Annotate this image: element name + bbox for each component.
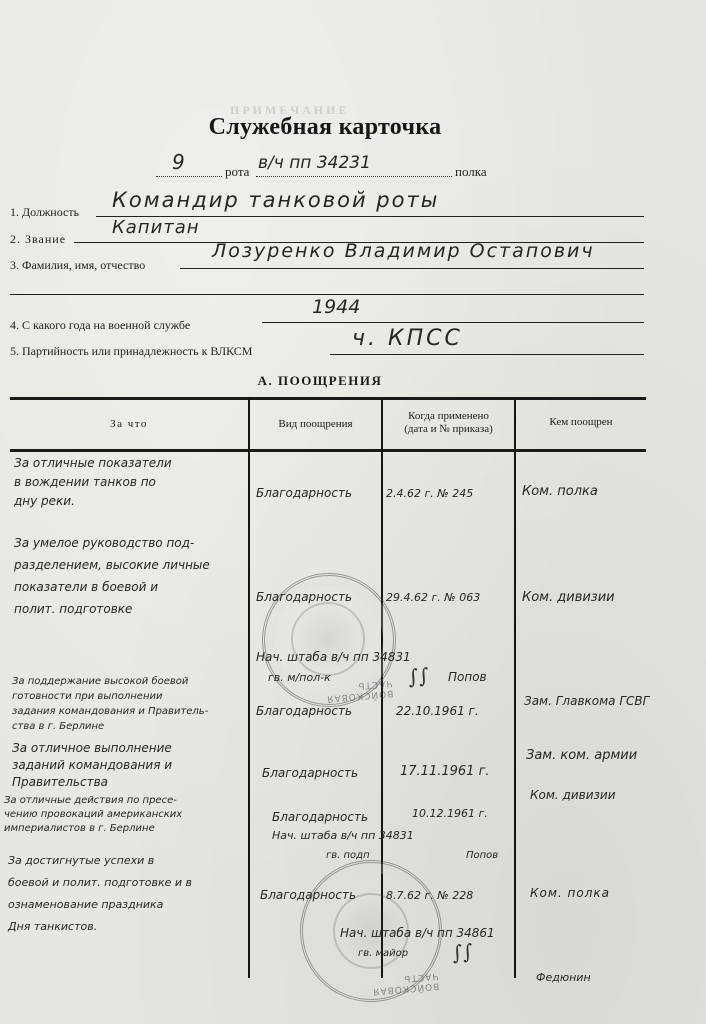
row-when: 17.11.1961 г. [400, 762, 490, 781]
row-reason: За отличное выполнение заданий командова… [12, 740, 172, 791]
polk-label: полка [455, 164, 487, 180]
col-divider-3 [514, 398, 516, 978]
row-reason: За поддержание высокой боевой готовности… [12, 674, 208, 734]
header-when: Когда применено (дата и № приказа) [383, 410, 514, 436]
header-type: Вид поощрения [250, 418, 381, 431]
polk-value: в/ч пп 34231 [258, 153, 371, 173]
certification-signer: Федюнин [536, 968, 591, 987]
row-by: Ком. дивизии [522, 588, 615, 607]
row-type: Благодарность [256, 702, 352, 721]
signature: ∫∫ [407, 663, 430, 689]
col-divider-1 [248, 398, 250, 978]
field-line-service-year [262, 322, 644, 323]
row-by: Ком. полка [530, 884, 610, 903]
row-when: 10.12.1961 г. [412, 804, 488, 823]
field-value-service-year: 1944 [312, 296, 360, 318]
section-title-rewards: А. ПООЩРЕНИЯ [0, 373, 640, 389]
document-title: Служебная карточка [0, 114, 650, 141]
table-top-rule [10, 397, 646, 400]
row-reason: За отличные действия по пресе- чению про… [4, 794, 182, 836]
certification-signer: Попов [466, 846, 498, 865]
header-reason: За что [10, 418, 248, 431]
row-when: 29.4.62 г. № 063 [386, 588, 480, 607]
row-when: 2.4.62 г. № 245 [386, 484, 473, 503]
row-when: 8.7.62 г. № 228 [386, 886, 473, 905]
row-by: Ком. полка [522, 482, 598, 501]
field-label-service-year: 4. С какого года на военной службе [10, 318, 190, 333]
row-reason: За умелое руководство под- разделением, … [14, 532, 210, 620]
row-by: Ком. дивизии [530, 786, 616, 805]
header-by: Кем поощрен [516, 416, 646, 429]
field-label-position: 1. Должность [10, 205, 79, 220]
field-value-position: Командир танковой роты [112, 188, 439, 212]
field-line-party [330, 354, 644, 355]
row-by: Зам. Главкома ГСВГ [524, 692, 649, 711]
row-when: 22.10.1961 г. [396, 702, 479, 721]
field-label-party: 5. Партийность или принадлежность к ВЛКС… [10, 344, 252, 359]
field-label-rank: 2. Звание [10, 232, 66, 247]
row-type: Благодарность [256, 484, 352, 503]
row-reason: За отличные показатели в вождении танков… [14, 454, 172, 511]
field-value-fullname: Лозуренко Владимир Остапович [212, 240, 595, 262]
document-page: ПРИМЕЧАНИЕ Служебная карточка 9 рота в/ч… [0, 0, 706, 1024]
certification-rank: гв. подп [326, 846, 370, 865]
certification-rank: гв. м/пол-к [268, 668, 331, 687]
row-type: Благодарность [256, 588, 352, 607]
certification-title: Нач. штаба в/ч пп 34831 [272, 826, 414, 845]
certification-signer: Попов [448, 668, 487, 687]
separator-line [10, 294, 644, 295]
signature: ∫∫ [451, 939, 474, 965]
rota-value: 9 [172, 150, 185, 174]
field-line-fullname [180, 268, 644, 269]
rota-underline [156, 176, 222, 177]
field-value-party: ч. КПСС [352, 326, 463, 351]
certification-rank: гв. майор [358, 944, 408, 963]
table-header-rule [10, 449, 646, 452]
row-reason: За достигнутые успехи в боевой и полит. … [8, 850, 192, 938]
row-type: Благодарность [260, 886, 356, 905]
field-value-rank: Капитан [112, 217, 200, 238]
certification-title: Нач. штаба в/ч пп 34831 [256, 648, 411, 667]
polk-underline [256, 176, 452, 177]
row-type: Благодарность [262, 764, 358, 783]
field-label-fullname: 3. Фамилия, имя, отчество [10, 258, 145, 273]
row-by: Зам. ком. армии [526, 746, 637, 765]
row-type: Благодарность [272, 808, 368, 827]
rota-label: рота [225, 164, 249, 180]
